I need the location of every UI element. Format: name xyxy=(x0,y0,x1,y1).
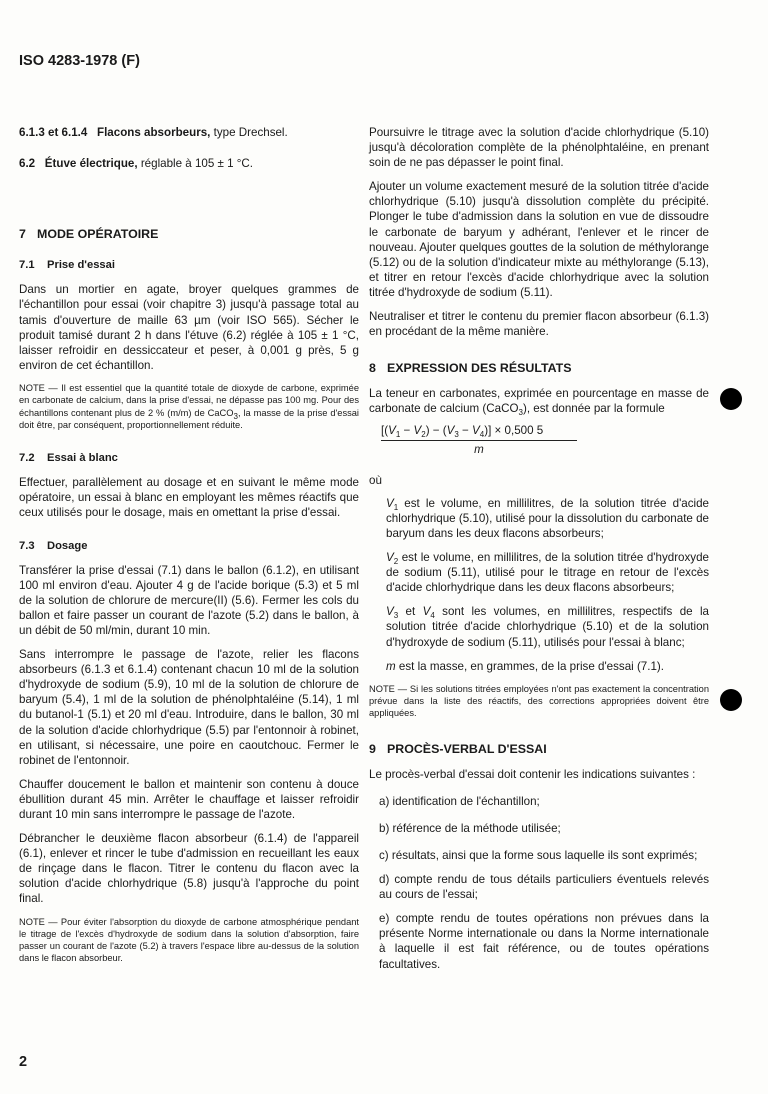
report-items-list: a) identification de l'échantillon; b) r… xyxy=(369,794,709,972)
note: NOTE — Il est essentiel que la quantité … xyxy=(19,382,359,431)
list-item: e) compte rendu de toutes opérations non… xyxy=(379,911,709,971)
paragraph: Débrancher le deuxième flacon absorbeur … xyxy=(19,831,359,906)
paragraph: Le procès-verbal d'essai doit contenir l… xyxy=(369,767,709,782)
section-9-heading: 9PROCÈS-VERBAL D'ESSAI xyxy=(369,742,709,757)
document-header: ISO 4283-1978 (F) xyxy=(19,53,140,69)
paragraph: Dans un mortier en agate, broyer quelque… xyxy=(19,282,359,373)
section-7-heading: 7MODE OPÉRATOIRE xyxy=(19,227,359,242)
paragraph: Effectuer, parallèlement au dosage et en… xyxy=(19,475,359,520)
section-8-heading: 8EXPRESSION DES RÉSULTATS xyxy=(369,361,709,376)
formula: [(V1 − V2) − (V3 − V4)] × 0,500 5 m xyxy=(381,423,577,457)
clause-6-1-3: 6.1.3 et 6.1.4 Flacons absorbeurs, type … xyxy=(19,125,359,140)
list-item: c) résultats, ainsi que la forme sous la… xyxy=(379,848,709,863)
left-column: 6.1.3 et 6.1.4 Flacons absorbeurs, type … xyxy=(19,125,359,974)
section-7-1-heading: 7.1Prise d'essai xyxy=(19,258,359,273)
where-label: où xyxy=(369,473,709,488)
section-7-2-heading: 7.2Essai à blanc xyxy=(19,451,359,466)
note: NOTE — Si les solutions titrées employée… xyxy=(369,683,709,720)
paragraph: Neutraliser et titrer le contenu du prem… xyxy=(369,309,709,339)
page-number: 2 xyxy=(19,1054,27,1070)
definition-v1: V1 est le volume, en millilitres, de la … xyxy=(386,496,709,541)
binder-hole-mark xyxy=(720,388,742,410)
section-7-3-heading: 7.3Dosage xyxy=(19,539,359,554)
clause-6-2: 6.2 Étuve électrique, réglable à 105 ± 1… xyxy=(19,156,359,171)
list-item: d) compte rendu de tous détails particul… xyxy=(379,872,709,902)
definition-m: m est la masse, en grammes, de la prise … xyxy=(386,659,709,674)
paragraph: Ajouter un volume exactement mesuré de l… xyxy=(369,179,709,300)
definition-v2: V2 est le volume, en millilitres, de la … xyxy=(386,550,709,595)
note: NOTE — Pour éviter l'absorption du dioxy… xyxy=(19,916,359,965)
paragraph: Sans interrompre le passage de l'azote, … xyxy=(19,647,359,768)
paragraph: Transférer la prise d'essai (7.1) dans l… xyxy=(19,563,359,638)
formula-numerator: [(V1 − V2) − (V3 − V4)] × 0,500 5 xyxy=(381,423,577,441)
list-item: b) référence de la méthode utilisée; xyxy=(379,821,709,836)
definition-v3-v4: V3 et V4 sont les volumes, en millilitre… xyxy=(386,604,709,649)
paragraph: Chauffer doucement le ballon et mainteni… xyxy=(19,777,359,822)
paragraph: La teneur en carbonates, exprimée en pou… xyxy=(369,386,709,416)
formula-denominator: m xyxy=(381,441,577,457)
list-item: a) identification de l'échantillon; xyxy=(379,794,709,809)
right-column: Poursuivre le titrage avec la solution d… xyxy=(369,125,709,981)
paragraph: Poursuivre le titrage avec la solution d… xyxy=(369,125,709,170)
binder-hole-mark xyxy=(720,689,742,711)
